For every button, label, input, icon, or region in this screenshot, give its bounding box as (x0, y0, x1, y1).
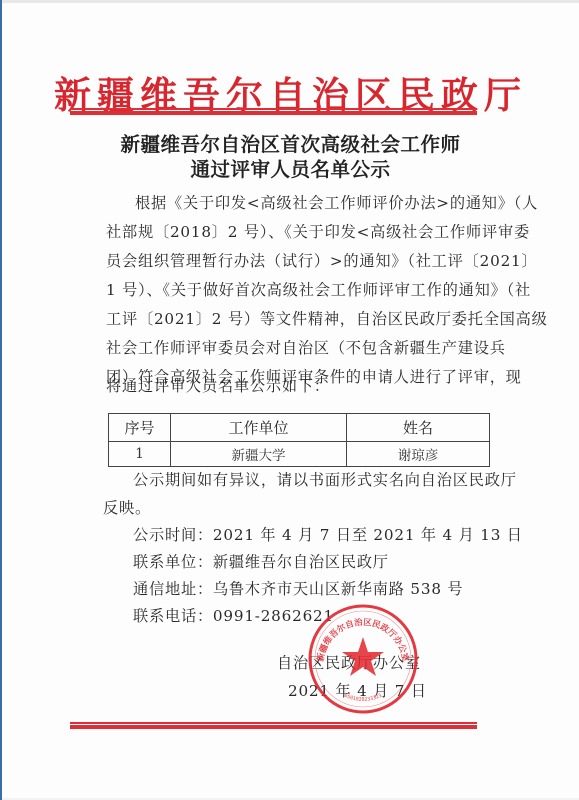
objection-text-line2: 反映。 (103, 497, 151, 518)
table-row: 1 新疆大学 谢琼彦 (109, 442, 490, 467)
body-line: 将通过评审人员名单公示如下： (106, 375, 330, 396)
letterhead-rule-thin (70, 108, 477, 110)
contact-phone: 联系电话：0991-2862621 (133, 605, 334, 626)
official-seal-icon: 新疆维吾尔自治区民政厅办公室 6501020233323 (307, 603, 419, 715)
letterhead-rule-thick (70, 111, 477, 115)
document-title-line1: 新疆维吾尔自治区首次高级社会工作师 (2, 129, 579, 157)
cell-name: 谢琼彦 (347, 442, 490, 467)
body-line: 工评〔2021〕2 号）等文件精神，自治区民政厅委托全国高级 (106, 308, 548, 329)
body-line: 社部规〔2018〕2 号）、《关于印发<高级社会工作师评审委 (106, 221, 530, 242)
column-header-index: 序号 (109, 414, 171, 442)
objection-text-line1: 公示期间如有异议，请以书面形式实名向自治区民政厅 (133, 469, 517, 490)
footer-rule-thick (70, 725, 477, 729)
notice-period: 公示时间：2021 年 4 月 7 日至 2021 年 4 月 13 日 (133, 524, 523, 545)
approved-personnel-table: 序号 工作单位 姓名 1 新疆大学 谢琼彦 (108, 413, 490, 467)
body-line: 根据《关于印发<高级社会工作师评价办法>的通知》（人 (135, 192, 538, 213)
document-title-line2: 通过评审人员名单公示 (2, 154, 579, 182)
body-line: 员会组织管理暂行办法（试行）>的通知》（社工评〔2021〕 (106, 250, 537, 271)
mailing-address: 通信地址：乌鲁木齐市天山区新华南路 538 号 (133, 578, 463, 599)
footer-rule-thin (70, 722, 477, 724)
body-line: 社会工作师评审委员会对自治区（不包含新疆生产建设兵 (106, 337, 506, 358)
cell-index: 1 (109, 442, 171, 467)
table-header-row: 序号 工作单位 姓名 (109, 414, 490, 442)
column-header-name: 姓名 (347, 414, 490, 442)
document-page: 新疆维吾尔自治区民政厅 新疆维吾尔自治区首次高级社会工作师 通过评审人员名单公示… (2, 3, 579, 798)
cell-employer: 新疆大学 (171, 442, 347, 467)
column-header-employer: 工作单位 (171, 414, 347, 442)
body-line: 1 号）、《关于做好首次高级社会工作师评审工作的通知》（社 (106, 279, 531, 300)
contact-unit: 联系单位：新疆维吾尔自治区民政厅 (133, 551, 389, 572)
svg-text:6501020233323: 6501020233323 (343, 693, 383, 703)
